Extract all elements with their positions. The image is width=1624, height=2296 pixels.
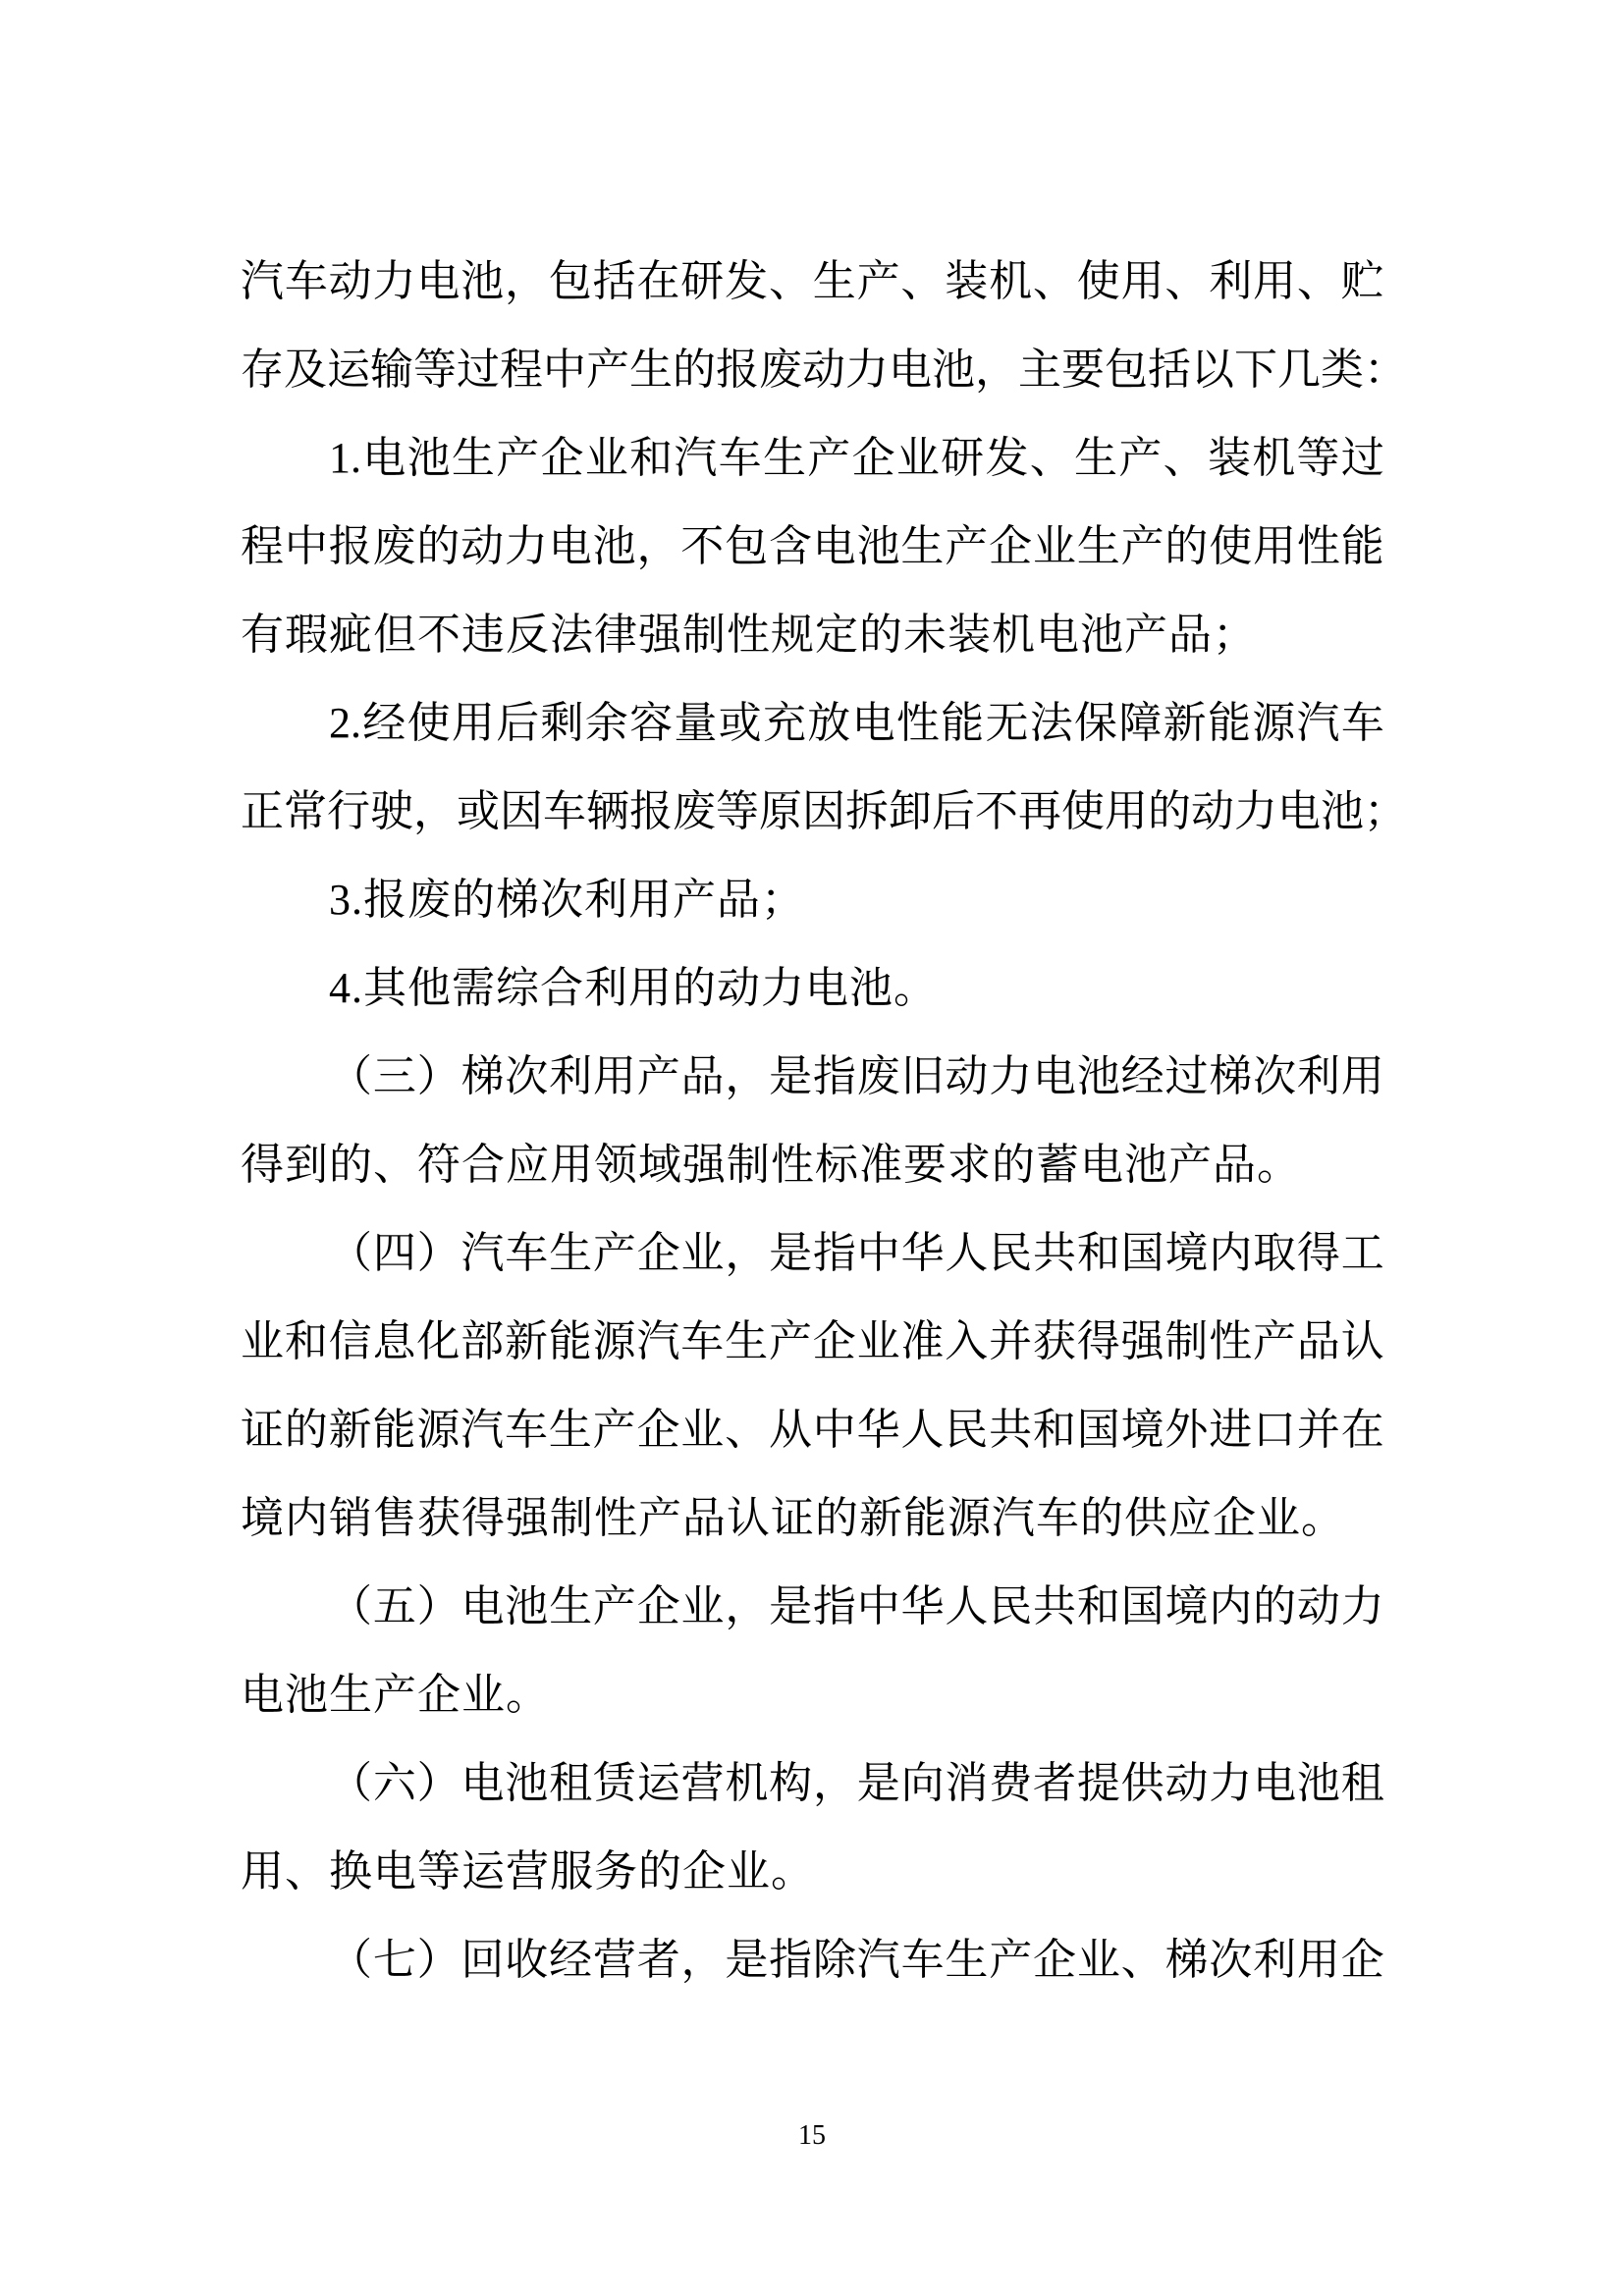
text-char: 中	[813, 1386, 856, 1474]
text-char: 性	[1209, 1298, 1252, 1386]
text-char: 是	[769, 1033, 812, 1121]
text-char: 者	[637, 1916, 680, 2004]
text-char: 指	[813, 1033, 856, 1121]
text-char: 业	[680, 1386, 724, 1474]
text-char: 新	[1164, 679, 1207, 768]
text-char: 人	[945, 1563, 988, 1651]
text-char: 以	[1191, 326, 1234, 414]
text-char: 国	[1121, 1563, 1164, 1651]
text-char: 生	[763, 414, 806, 503]
text-char: 业	[896, 414, 940, 503]
text-char: 新	[505, 1298, 548, 1386]
text-char: 电	[852, 679, 895, 768]
text-char: 营	[593, 1916, 636, 2004]
text-char: 使	[1061, 768, 1105, 856]
text-char: 力	[1234, 768, 1277, 856]
text-char: 内	[1209, 1563, 1252, 1651]
text-line: 用、换电等运营服务的企业。	[241, 1828, 1384, 1916]
text-char: 拆	[845, 768, 889, 856]
text-char: 和	[629, 414, 673, 503]
text-char: 的	[673, 326, 716, 414]
text-char: 程	[500, 326, 543, 414]
text-char: 业	[241, 1298, 284, 1386]
text-char: ，	[505, 238, 548, 326]
text-line: 程中报废的动力电池，不包含电池生产企业生产的使用性能	[241, 503, 1384, 591]
text-char: 过	[1341, 414, 1384, 503]
text-char: 旧	[901, 1033, 945, 1121]
text-char: 证	[241, 1386, 284, 1474]
text-char: 动	[1164, 1739, 1208, 1828]
text-line: 存及运输等过程中产生的报废动力电池，主要包括以下几类：	[241, 326, 1384, 414]
text-char: 企	[637, 1209, 680, 1298]
text-char: 企	[813, 1298, 856, 1386]
text-char: 、	[769, 238, 812, 326]
text-char: ，	[813, 1739, 856, 1828]
text-char: 池	[1077, 1033, 1120, 1121]
document-page: 汽车动力电池，包括在研发、生产、装机、使用、利用、贮存及运输等过程中产生的报废动…	[0, 0, 1624, 2296]
text-char: 池	[932, 326, 975, 414]
text-char: 不	[975, 768, 1018, 856]
text-char: 、	[1121, 1916, 1164, 2004]
text-char: 和	[285, 1298, 328, 1386]
text-char: 括	[593, 238, 636, 326]
text-char: 无	[985, 679, 1028, 768]
text-char: 发	[985, 414, 1028, 503]
text-line: （四）汽车生产企业，是指中华人民共和国境内取得工	[241, 1209, 1384, 1298]
text-char: 除	[813, 1916, 856, 2004]
text-char: 产	[593, 1209, 636, 1298]
text-char: 信	[329, 1298, 372, 1386]
text-char: 汽	[460, 1209, 504, 1298]
text-char: 工	[1341, 1209, 1384, 1298]
text-char: 废	[857, 1033, 900, 1121]
text-char: 力	[372, 238, 415, 326]
text-char: 指	[813, 1209, 856, 1298]
text-char: 国	[1077, 1386, 1120, 1474]
text-char: 经	[549, 1916, 592, 2004]
text-char: 性	[896, 679, 940, 768]
text-char: 五	[373, 1563, 416, 1651]
text-char: 梯	[1164, 1916, 1208, 2004]
text-char: 产	[593, 1386, 636, 1474]
text-char: 电	[416, 238, 460, 326]
text-char: 认	[1341, 1298, 1384, 1386]
text-char: 得	[1297, 1209, 1340, 1298]
text-char: 电	[460, 1739, 504, 1828]
text-char: 保	[1074, 679, 1117, 768]
text-char: 企	[636, 1386, 679, 1474]
text-char: 常	[284, 768, 327, 856]
text-char: 次	[1209, 1916, 1252, 2004]
text-char: 下	[1234, 326, 1277, 414]
text-char: 车	[1341, 679, 1384, 768]
text-char: 池	[505, 1563, 548, 1651]
text-char: ）	[417, 1209, 460, 1298]
text-char: 的	[1253, 1563, 1296, 1651]
text-char: 贮	[1341, 238, 1384, 326]
text-char: 供	[1121, 1739, 1164, 1828]
text-char: 人	[900, 1386, 944, 1474]
text-char: 人	[945, 1209, 988, 1298]
text-char: 运	[637, 1739, 680, 1828]
text-char: 使	[407, 679, 451, 768]
text-char: 用	[1341, 1033, 1384, 1121]
text-char: 业	[585, 414, 628, 503]
text-char: 生	[1074, 414, 1117, 503]
text-line: 2.经使用后剩余容量或充放电性能无法保障新能源汽车	[241, 679, 1384, 768]
text-char: 动	[945, 1033, 988, 1121]
text-char: 利	[1209, 238, 1252, 326]
text-char: 输	[370, 326, 413, 414]
text-char: 费	[989, 1739, 1032, 1828]
text-char: 的	[1148, 768, 1191, 856]
text-char: 废	[673, 768, 716, 856]
text-char: 括	[1148, 326, 1191, 414]
text-char: 含	[769, 503, 812, 591]
text-char: 能	[372, 1386, 415, 1474]
text-char: 车	[285, 238, 328, 326]
text-char: 包	[1105, 326, 1148, 414]
text-char: 电	[889, 326, 932, 414]
text-char: 性	[1297, 503, 1340, 591]
text-char: 报	[329, 503, 372, 591]
text-char: 机	[1252, 414, 1295, 503]
text-char: 装	[1208, 414, 1251, 503]
text-char: 力	[1209, 1739, 1252, 1828]
text-line: 境内销售获得强制性产品认证的新能源汽车的供应企业。	[241, 1474, 1384, 1563]
text-char: 废	[759, 326, 802, 414]
text-char: 正	[241, 768, 284, 856]
text-char: ，	[725, 1033, 768, 1121]
text-char: 共	[1033, 1209, 1076, 1298]
text-char: ，	[725, 1563, 768, 1651]
text-char: 用	[1105, 768, 1148, 856]
text-char: 余	[585, 679, 628, 768]
text-char: 产	[496, 414, 539, 503]
text-char: 、	[1164, 238, 1208, 326]
body-text: 汽车动力电池，包括在研发、生产、装机、使用、利用、贮存及运输等过程中产生的报废动…	[241, 238, 1384, 2004]
text-char: 再	[1018, 768, 1061, 856]
text-char: ：	[1364, 326, 1407, 414]
text-char: 次	[1253, 1033, 1296, 1121]
text-char: 能	[1208, 679, 1251, 768]
text-char: 境	[1164, 1209, 1208, 1298]
text-char: 指	[813, 1563, 856, 1651]
text-char: 源	[1252, 679, 1295, 768]
text-char: 汽	[460, 1386, 504, 1474]
text-char: 电	[362, 414, 406, 503]
text-char: 车	[505, 1386, 548, 1474]
text-char: 品	[1297, 1298, 1340, 1386]
text-char: 产	[769, 1298, 812, 1386]
text-char: ）	[417, 1916, 460, 2004]
text-char: 运	[327, 326, 370, 414]
text-char: 生	[549, 1563, 592, 1651]
text-char: 池	[460, 238, 504, 326]
text-char: 共	[989, 1386, 1032, 1474]
text-line: 有瑕疵但不违反法律强制性规定的未装机电池产品；	[241, 591, 1384, 679]
text-line: （七）回收经营者，是指除汽车生产企业、梯次利用企	[241, 1916, 1384, 2004]
text-char: 业	[1033, 503, 1076, 591]
text-char: 卸	[889, 768, 932, 856]
text-char: 用	[1253, 238, 1296, 326]
text-char: 车	[680, 1298, 724, 1386]
text-char: 、	[1033, 238, 1076, 326]
text-char: ）	[417, 1563, 460, 1651]
text-char: 生	[629, 326, 673, 414]
text-char: 民	[945, 1386, 988, 1474]
text-char: 产	[586, 326, 629, 414]
text-char: 从	[769, 1386, 812, 1474]
text-char: ，	[636, 503, 679, 591]
text-char: 报	[716, 326, 759, 414]
text-char: 国	[1121, 1209, 1164, 1298]
text-char: 是	[725, 1916, 768, 2004]
text-char: 车	[505, 1209, 548, 1298]
text-line: （六）电池租赁运营机构，是向消费者提供动力电池租	[241, 1739, 1384, 1828]
text-char: 企	[852, 414, 895, 503]
text-char: 企	[1033, 1916, 1076, 2004]
text-char: 民	[989, 1563, 1032, 1651]
text-char: 、	[1030, 414, 1073, 503]
text-char: ）	[417, 1739, 460, 1828]
text-char: 能	[941, 679, 984, 768]
text-char: 品	[681, 1033, 725, 1121]
text-line: （三）梯次利用产品，是指废旧动力电池经过梯次利用	[241, 1033, 1384, 1121]
text-char: ，	[413, 768, 457, 856]
text-line: 3.报废的梯次利用产品；	[241, 856, 1384, 944]
text-char: 源	[416, 1386, 460, 1474]
text-char: 经	[1121, 1033, 1164, 1121]
text-char: 障	[1118, 679, 1162, 768]
text-char: 产	[593, 1563, 636, 1651]
text-line: 证的新能源汽车生产企业、从中华人民共和国境外进口并在	[241, 1386, 1384, 1474]
text-char: 指	[769, 1916, 812, 2004]
text-char: 后	[496, 679, 539, 768]
text-char: 放	[807, 679, 850, 768]
text-char: 六	[373, 1739, 416, 1828]
text-char: 因	[802, 768, 845, 856]
text-char: 共	[1033, 1563, 1076, 1651]
text-char: 发	[725, 238, 768, 326]
text-char: 生	[1077, 503, 1120, 591]
text-char: 营	[681, 1739, 725, 1828]
text-char: 七	[373, 1916, 416, 2004]
text-char: ，	[681, 1916, 725, 2004]
text-char: 要	[1061, 326, 1105, 414]
text-char: 企	[540, 414, 583, 503]
text-char: 业	[857, 1298, 900, 1386]
text-char: 源	[593, 1298, 636, 1386]
text-char: 主	[1018, 326, 1061, 414]
text-char: 梯	[460, 1033, 504, 1121]
text-char: 租	[1341, 1739, 1384, 1828]
text-char: 用	[452, 679, 495, 768]
text-char: 用	[1297, 1916, 1340, 2004]
text-char: 能	[1341, 503, 1384, 591]
text-char: 行	[327, 768, 370, 856]
text-char: 使	[1209, 503, 1252, 591]
text-char: 企	[989, 503, 1032, 591]
text-char: 力	[1341, 1563, 1384, 1651]
text-char: 电	[460, 1563, 504, 1651]
text-char: （	[329, 1916, 372, 2004]
text-char: 入	[945, 1298, 988, 1386]
text-char: 利	[1297, 1033, 1340, 1121]
text-char: 在	[1341, 1386, 1384, 1474]
text-char: 电	[1033, 1033, 1076, 1121]
page-number: 15	[0, 2116, 1624, 2156]
text-char: （	[329, 1563, 372, 1651]
text-char: 经	[362, 679, 406, 768]
text-char: 过	[457, 326, 500, 414]
text-char: 中	[857, 1563, 900, 1651]
text-char: 华	[901, 1563, 945, 1651]
text-char: 动	[460, 503, 504, 591]
text-char: 电	[549, 503, 592, 591]
text-char: 汽	[1297, 679, 1340, 768]
text-char: 机	[725, 1739, 768, 1828]
text-char: 部	[460, 1298, 504, 1386]
text-char: 产	[857, 238, 900, 326]
text-char: 报	[629, 768, 673, 856]
text-char: 民	[989, 1209, 1032, 1298]
text-char: 是	[769, 1209, 812, 1298]
text-char: 得	[1077, 1298, 1120, 1386]
text-char: 2.	[329, 679, 361, 768]
text-char: 程	[241, 503, 284, 591]
text-char: 研	[941, 414, 984, 503]
text-char: 装	[945, 238, 988, 326]
text-char: 赁	[593, 1739, 636, 1828]
text-char: 用	[593, 1033, 636, 1121]
text-char: 中	[857, 1209, 900, 1298]
text-char: 产	[1118, 414, 1162, 503]
text-char: 充	[763, 679, 806, 768]
text-char: 产	[945, 503, 988, 591]
text-char: 电	[1253, 1739, 1296, 1828]
text-char: 动	[329, 238, 372, 326]
text-char: 汽	[241, 238, 284, 326]
text-char: 消	[945, 1739, 988, 1828]
text-char: 租	[549, 1739, 592, 1828]
text-char: 外	[1164, 1386, 1208, 1474]
text-char: 利	[1253, 1916, 1296, 2004]
text-char: 不	[680, 503, 724, 591]
text-char: 量	[674, 679, 717, 768]
text-char: 生	[725, 1298, 768, 1386]
text-char: 车	[719, 414, 762, 503]
text-char: 准	[900, 1298, 944, 1386]
text-char: 汽	[857, 1916, 900, 2004]
text-char: 容	[629, 679, 673, 768]
text-char: 的	[416, 503, 460, 591]
text-char: 或	[457, 768, 500, 856]
text-char: 业	[681, 1563, 725, 1651]
text-char: 利	[549, 1033, 592, 1121]
text-char: 力	[505, 503, 548, 591]
text-char: 构	[769, 1739, 812, 1828]
text-char: 动	[802, 326, 845, 414]
text-char: 回	[460, 1916, 504, 2004]
text-char: 产	[989, 1916, 1032, 2004]
text-char: 、	[1297, 238, 1340, 326]
text-char: 进	[1209, 1386, 1252, 1474]
text-char: 生	[549, 1209, 592, 1298]
text-char: 口	[1253, 1386, 1296, 1474]
text-char: 池	[505, 1739, 548, 1828]
text-char: 企	[1341, 1916, 1384, 2004]
text-char: 中	[285, 503, 328, 591]
text-char: 池	[593, 503, 636, 591]
text-char: 力	[989, 1033, 1032, 1121]
text-char: 动	[1297, 1563, 1340, 1651]
text-line: 4.其他需综合利用的动力电池。	[241, 944, 1384, 1033]
text-char: （	[329, 1739, 372, 1828]
text-char: 的	[1164, 503, 1208, 591]
text-char: 并	[989, 1298, 1032, 1386]
text-char: 1.	[329, 414, 361, 503]
text-line: （五）电池生产企业，是指中华人民共和国境内的动力	[241, 1563, 1384, 1651]
text-char: 业	[681, 1209, 725, 1298]
text-char: 剩	[540, 679, 583, 768]
text-char: 梯	[1209, 1033, 1252, 1121]
text-char: 池	[1321, 768, 1364, 856]
text-char: 向	[901, 1739, 945, 1828]
text-char: 四	[373, 1209, 416, 1298]
text-char: 生	[813, 238, 856, 326]
text-char: 和	[1077, 1563, 1120, 1651]
text-char: 用	[1121, 238, 1164, 326]
text-char: 产	[1253, 1298, 1296, 1386]
text-char: 并	[1297, 1386, 1340, 1474]
text-char: 华	[901, 1209, 945, 1298]
text-char: 类	[1321, 326, 1364, 414]
text-char: ，	[975, 326, 1018, 414]
text-char: 强	[1121, 1298, 1164, 1386]
text-line: 汽车动力电池，包括在研发、生产、装机、使用、利用、贮	[241, 238, 1384, 326]
text-char: 车	[543, 768, 586, 856]
text-char: 制	[1164, 1298, 1208, 1386]
text-char: 存	[241, 326, 284, 414]
text-line: 正常行驶，或因车辆报废等原因拆卸后不再使用的动力电池；	[241, 768, 1384, 856]
text-char: 池	[857, 503, 900, 591]
text-char: 境	[1164, 1563, 1208, 1651]
text-char: 研	[680, 238, 724, 326]
text-char: 是	[769, 1563, 812, 1651]
text-char: 内	[1209, 1209, 1252, 1298]
text-line: 1.电池生产企业和汽车生产企业研发、生产、装机等过	[241, 414, 1384, 503]
text-char: （	[329, 1209, 372, 1298]
text-char: 能	[549, 1298, 592, 1386]
text-char: 动	[1191, 768, 1234, 856]
text-char: ）	[417, 1033, 460, 1121]
text-char: 及	[284, 326, 327, 414]
text-char: 获	[1033, 1298, 1076, 1386]
text-char: 等	[413, 326, 457, 414]
text-char: 生	[549, 1386, 592, 1474]
text-char: 次	[505, 1033, 548, 1121]
text-char: 、	[1164, 414, 1207, 503]
text-char: 汽	[674, 414, 717, 503]
text-char: 包	[549, 238, 592, 326]
text-char: 等	[1297, 414, 1340, 503]
text-line: 业和信息化部新能源汽车生产企业准入并获得强制性产品认	[241, 1298, 1384, 1386]
text-char: 、	[900, 238, 944, 326]
text-char: 华	[857, 1386, 900, 1474]
text-char: 收	[505, 1916, 548, 2004]
text-char: 过	[1164, 1033, 1208, 1121]
